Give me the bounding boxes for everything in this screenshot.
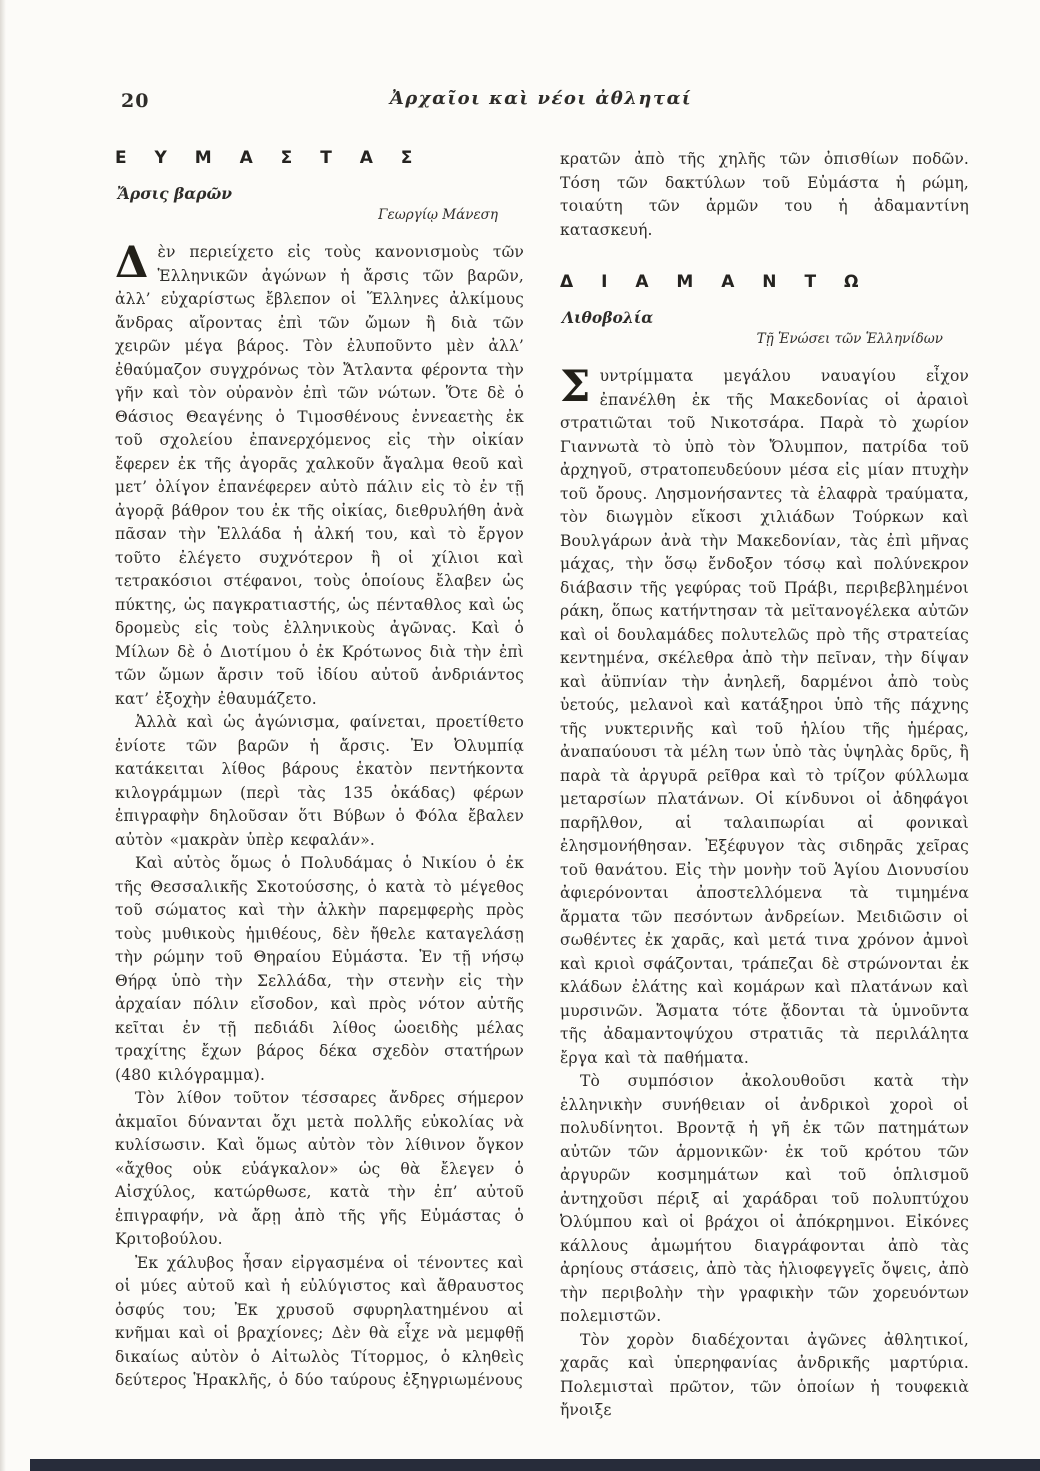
paragraph: Καὶ αὐτὸς ὅμως ὁ Πολυδάμας ὁ Νικίου ὁ ἐκ… [115, 852, 524, 1087]
paragraph: Τὸν λίθον τοῦτον τέσσαρες ἄνδρες σήμερον… [115, 1087, 524, 1252]
paragraph: Συντρίμματα μεγάλου ναυαγίου εἶχον ἐπανέ… [560, 365, 969, 1070]
article-title-eumastas: Ε Υ Μ Α Σ Τ Α Σ [115, 148, 524, 168]
running-title: Ἀρχαῖοι καὶ νέοι ἀθληταί [115, 88, 967, 109]
article-subtitle: Ἄρσις βαρῶν [117, 184, 524, 203]
paragraph: Δὲν περιείχετο εἰς τοὺς κανονισμοὺς τῶν … [115, 241, 524, 711]
paragraph: Τὸ συμπόσιον ἀκολουθοῦσι κατὰ τὴν ἑλληνι… [560, 1070, 969, 1329]
drop-cap: Σ [560, 365, 600, 407]
paragraph: Ἐκ χάλυβος ἦσαν εἰργασμένα οἱ τένοντες κ… [115, 1252, 524, 1393]
right-column: κρατῶν ἀπὸ τῆς χηλῆς τῶν ὀπισθίων ποδῶν.… [560, 148, 969, 1423]
article-diamanto: Δ Ι Α Μ Α Ν Τ Ω Λιθοβολία Τῇ Ἑνώσει τῶν … [560, 272, 969, 1423]
scan-edge-shading [0, 0, 6, 1471]
article-subtitle: Λιθοβολία [562, 308, 969, 327]
paragraph-text: ὲν περιείχετο εἰς τοὺς κανονισμοὺς τῶν Ἑ… [115, 243, 524, 708]
page-header: 20 Ἀρχαῖοι καὶ νέοι ἀθληταί [115, 88, 967, 118]
scan-artifact-bottom-strip [30, 1459, 1040, 1471]
paragraph-text: υντρίμματα μεγάλου ναυαγίου εἶχον ἐπανέλ… [560, 367, 969, 1067]
paragraph: Ἀλλὰ καὶ ὡς ἀγώνισμα, φαίνεται, προετίθε… [115, 711, 524, 852]
two-column-text-block: Ε Υ Μ Α Σ Τ Α Σ Ἄρσις βαρῶν Γεωργίῳ Μάνε… [115, 148, 969, 1423]
article-dedication: Τῇ Ἑνώσει τῶν Ἑλληνίδων [560, 331, 969, 347]
left-column: Ε Υ Μ Α Σ Τ Α Σ Ἄρσις βαρῶν Γεωργίῳ Μάνε… [115, 148, 524, 1423]
paragraph: Τὸν χορὸν διαδέχονται ἀγῶνες ἀθλητικοί, … [560, 1329, 969, 1423]
drop-cap: Δ [115, 241, 158, 283]
article-title-diamanto: Δ Ι Α Μ Α Ν Τ Ω [560, 272, 969, 292]
scanned-book-page: 20 Ἀρχαῖοι καὶ νέοι ἀθληταί Ε Υ Μ Α Σ Τ … [0, 0, 1040, 1471]
continuation-paragraph: κρατῶν ἀπὸ τῆς χηλῆς τῶν ὀπισθίων ποδῶν.… [560, 148, 969, 242]
article-dedication: Γεωργίῳ Μάνεση [115, 207, 524, 223]
